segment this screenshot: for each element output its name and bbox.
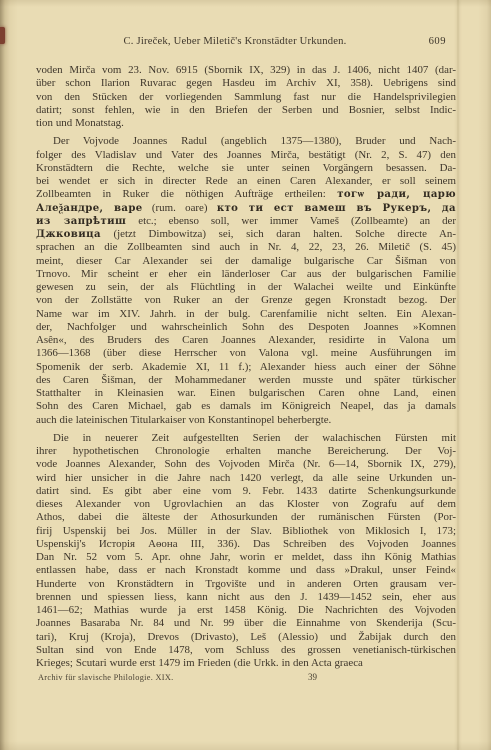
text-line: voden Mirča vom 23. Nov. 6915 (Sbornik I… xyxy=(36,64,456,77)
text-line: folger des Vladislav und Vater des Joann… xyxy=(36,149,456,162)
church-slavonic-quote: тогѡ ради, царю xyxy=(337,189,456,200)
text-line: Kronstädtern die Rechte, welche sie unte… xyxy=(36,162,456,175)
text-line: Uspenskij's Исторія Аѳона III, 336). Das… xyxy=(36,538,456,551)
text-line: Asên«, des Bruders des Caren Joannes Ale… xyxy=(36,334,456,347)
text-line: entlassen habe, dass er nach Kronstadt k… xyxy=(36,564,456,577)
text-line: von der Zollstätte von Ruker an der Gren… xyxy=(36,294,456,307)
footer-journal-line: Archiv für slavische Philologie. XIX. xyxy=(38,673,174,682)
text-block: voden Mirča vom 23. Nov. 6915 (Sbornik I… xyxy=(36,64,456,670)
text-line: datirt; sonst fehlen, wie in den Briefen… xyxy=(36,104,456,117)
text-line: Krieges; Scutari wurde erst 1479 im Frie… xyxy=(36,657,456,670)
text-line: Der Vojvode Joannes Radul (angeblich 137… xyxy=(36,135,456,148)
paragraph: Die in neuerer Zeit aufgestellten Serien… xyxy=(36,432,456,671)
text-line: Trnovo. Mir scheint er eher ein länderlo… xyxy=(36,268,456,281)
text-line: bei wendet er sich in directer Rede an e… xyxy=(36,175,456,188)
text-line: Name war im XIV. Jahrh. in der bulg. Car… xyxy=(36,308,456,321)
text-line: Spomenik der serb. Akademie XI, 11 f.); … xyxy=(36,361,456,374)
text-line: Joannes Basaraba Nr. 84 und Nr. 99 über … xyxy=(36,617,456,630)
scanned-book-page: C. Jireček, Ueber Miletič's Kronstädter … xyxy=(0,0,491,750)
text-line: dieses Alexander von Ugrovlachien an das… xyxy=(36,498,456,511)
text-line: wird hier unsicher in die Jahre nach 142… xyxy=(36,472,456,485)
church-slavonic-quote: из запрѣтиш xyxy=(36,216,126,227)
church-slavonic-quote: Джковица xyxy=(36,229,101,240)
church-slavonic-quote: кто ти ест вамеш въ Рукеръ, да xyxy=(217,203,456,214)
text-line: tari), Kruj (Kroja), Drevos (Drivasto), … xyxy=(36,631,456,644)
edge-ink-stain xyxy=(0,27,5,44)
text-line: из запрѣтиш etc.; ebenso soll, wer immer… xyxy=(36,215,456,228)
text-line: Sultan sind von Ende 1478, vom Schluss d… xyxy=(36,644,456,657)
text-line: 1461—62; Mathias wurde ja erst 1458 Köni… xyxy=(36,604,456,617)
text-line: Hunderte von Kronstädtern in Trgovište u… xyxy=(36,578,456,591)
paragraph: voden Mirča vom 23. Nov. 6915 (Sbornik I… xyxy=(36,64,456,130)
text-line: von den Stücken der vorliegenden Sammlun… xyxy=(36,91,456,104)
text-line: Sohn des Caren Michael, gab es damals im… xyxy=(36,400,456,413)
text-line: brennen und spiessen liess, kann nicht a… xyxy=(36,591,456,604)
text-line: auch die lateinischen Titularkaiser von … xyxy=(36,414,456,427)
text-line: 1366—1368 (über diese Herrscher von Valo… xyxy=(36,347,456,360)
paragraph: Der Vojvode Joannes Radul (angeblich 137… xyxy=(36,135,456,427)
text-line: über schon Ilarion Ruvarac gegen Hasdeu … xyxy=(36,77,456,90)
text-line: Dan Nr. 52 vom 5. Apr. ohne Jahr, worin … xyxy=(36,551,456,564)
text-line: Statthalter in Kleinasien war. Einen bul… xyxy=(36,387,456,400)
text-line: ihrer hypothetischen Chronologie erhalte… xyxy=(36,445,456,458)
text-line: Zollbeamten in Ruker die nöthigen Aufträ… xyxy=(36,188,456,201)
text-line: vode Joannes Alexander, Sohn des Vojvode… xyxy=(36,458,456,471)
text-line: Athos, dabei die älteste der Athosurkund… xyxy=(36,511,456,524)
text-line: datirt sind. Es gibt aber eine vom 9. Fe… xyxy=(36,485,456,498)
text-line: meint, dieser Car Alexander sei der dama… xyxy=(36,255,456,268)
text-line: sprachen an die Zollbeamten sind auch in… xyxy=(36,241,456,254)
text-line: gewesen zu sein, der als Flüchtling in d… xyxy=(36,281,456,294)
running-title: C. Jireček, Ueber Miletič's Kronstädter … xyxy=(60,36,410,47)
footer-sheet-number: 39 xyxy=(308,672,317,682)
text-line: der, Nachfolger und wahrscheinlich Sohn … xyxy=(36,321,456,334)
text-line: Джковица (jetzt Dimbowitza) sei, sich da… xyxy=(36,228,456,241)
church-slavonic-quote: Алеѯандре, варе xyxy=(36,203,143,214)
text-line: tion und Monatstag. xyxy=(36,117,456,130)
text-line: Die in neuerer Zeit aufgestellten Serien… xyxy=(36,432,456,445)
text-line: firij Uspenskij bei Jos. Müller in der S… xyxy=(36,525,456,538)
page-number: 609 xyxy=(429,36,446,47)
page-crease xyxy=(457,0,459,750)
text-line: Алеѯандре, варе (rum. oare) кто ти ест в… xyxy=(36,202,456,215)
text-line: des Caren Šišman, der Mohammedaner werde… xyxy=(36,374,456,387)
